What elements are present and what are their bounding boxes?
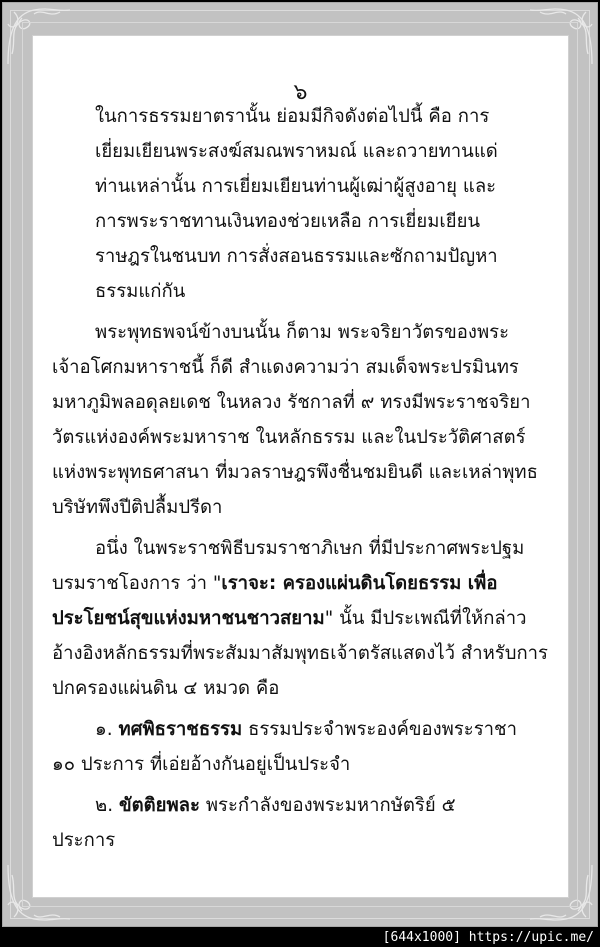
text-segment: เจ้าอโศกมหาราชนี้ ก็ดี สำแดงความว่า สมเด…: [52, 357, 519, 378]
text-segment: อนึ่ง ในพระราชพิธีบรมราชาภิเษก ที่มีประก…: [95, 538, 524, 559]
text-segment: ท่านเหล่านั้น การเยี่ยมเยียนท่านผู้เฒ่าผ…: [95, 176, 496, 197]
text-line: ๑๐ ประการ ที่เอ่ยอ้างกันอยู่เป็นประจำ: [52, 747, 572, 782]
text-line: วัตรแห่งองค์พระมหาราช ในหลักธรรม และในปร…: [52, 420, 572, 455]
text-segment: " นั้น มีประเพณีที่ให้กล่าว: [325, 608, 527, 629]
bold-text: ทศพิธราชธรรม: [119, 719, 243, 740]
text-segment: เยี่ยมเยียนพระสงฆ์สมณพราหมณ์ และถวายทานแ…: [95, 141, 498, 162]
bold-text: ประโยชน์สุขแห่งมหาชนชาวสยาม: [52, 608, 325, 629]
text-segment: ในการธรรมยาตรานั้น ย่อมมีกิจดังต่อไปนี้ …: [95, 106, 489, 127]
text-segment: ธรรมประจำพระองค์ของพระราชา: [242, 719, 517, 740]
text-line: อ้างอิงหลักธรรมที่พระสัมมาสัมพุทธเจ้าตรั…: [52, 636, 572, 671]
bold-text: เราจะ: ครองแผ่นดินโดยธรรม เพื่อ: [221, 573, 497, 594]
text-line: อนึ่ง ในพระราชพิธีบรมราชาภิเษก ที่มีประก…: [95, 531, 600, 566]
document-page: ๖ ในการธรรมยาตรานั้น ย่อมมีกิจดังต่อไปนี…: [33, 36, 568, 897]
text-segment: วัตรแห่งองค์พระมหาราช ในหลักธรรม และในปร…: [52, 427, 526, 448]
text-line: การพระราชทานเงินทองช่วยเหลือ การเยี่ยมเย…: [95, 204, 600, 239]
text-line: บริษัทพึงปีติปลื้มปรีดา: [52, 490, 572, 525]
text-segment: บริษัทพึงปีติปลื้มปรีดา: [52, 497, 222, 518]
text-segment: ๑.: [95, 719, 119, 740]
text-line: ปกครองแผ่นดิน ๔ หมวด คือ: [52, 671, 572, 706]
text-segment: ปกครองแผ่นดิน ๔ หมวด คือ: [52, 678, 279, 699]
text-line: ธรรมแก่กัน: [95, 274, 600, 309]
text-line: ประการ: [52, 823, 572, 858]
watermark: [644x1000] https://upic.me/: [383, 930, 594, 945]
text-line: ประโยชน์สุขแห่งมหาชนชาวสยาม" นั้น มีประเ…: [52, 601, 572, 636]
text-segment: ราษฎรในชนบท การสั่งสอนธรรมและซักถามปัญหา: [95, 246, 498, 267]
text-line: ราษฎรในชนบท การสั่งสอนธรรมและซักถามปัญหา: [95, 239, 600, 274]
text-line: ๑. ทศพิธราชธรรม ธรรมประจำพระองค์ของพระรา…: [95, 712, 600, 747]
text-segment: การพระราชทานเงินทองช่วยเหลือ การเยี่ยมเย…: [95, 211, 480, 232]
text-line: พระพุทธพจน์ข้างบนนั้น ก็ตาม พระจริยาวัตร…: [95, 315, 600, 350]
bold-text: ขัตติยพละ: [119, 795, 200, 816]
text-segment: พระพุทธพจน์ข้างบนนั้น ก็ตาม พระจริยาวัตร…: [95, 322, 509, 343]
text-segment: แห่งพระพุทธศาสนา ที่มวลราษฎรพึงชื่นชมยิน…: [52, 462, 538, 483]
text-line: ๒. ขัตติยพละ พระกำลังของพระมหากษัตริย์ ๕: [95, 788, 600, 823]
text-line: แห่งพระพุทธศาสนา ที่มวลราษฎรพึงชื่นชมยิน…: [52, 455, 572, 490]
text-segment: บรมราชโองการ ว่า ": [52, 573, 221, 594]
text-segment: ธรรมแก่กัน: [95, 281, 185, 302]
text-line: บรมราชโองการ ว่า "เราจะ: ครองแผ่นดินโดยธ…: [52, 566, 572, 601]
text-segment: อ้างอิงหลักธรรมที่พระสัมมาสัมพุทธเจ้าตรั…: [52, 643, 548, 664]
text-line: มหาภูมิพลอดุลยเดช ในหลวง รัชกาลที่ ๙ ทรง…: [52, 385, 572, 420]
text-line: เยี่ยมเยียนพระสงฆ์สมณพราหมณ์ และถวายทานแ…: [95, 134, 600, 169]
text-segment: พระกำลังของพระมหากษัตริย์ ๕: [200, 795, 456, 816]
text-segment: ๒.: [95, 795, 119, 816]
text-segment: ๑๐ ประการ ที่เอ่ยอ้างกันอยู่เป็นประจำ: [52, 754, 350, 775]
text-line: ในการธรรมยาตรานั้น ย่อมมีกิจดังต่อไปนี้ …: [95, 99, 600, 134]
text-segment: ประการ: [52, 830, 115, 851]
text-segment: มหาภูมิพลอดุลยเดช ในหลวง รัชกาลที่ ๙ ทรง…: [52, 392, 531, 413]
text-line: เจ้าอโศกมหาราชนี้ ก็ดี สำแดงความว่า สมเด…: [52, 350, 572, 385]
text-line: ท่านเหล่านั้น การเยี่ยมเยียนท่านผู้เฒ่าผ…: [95, 169, 600, 204]
